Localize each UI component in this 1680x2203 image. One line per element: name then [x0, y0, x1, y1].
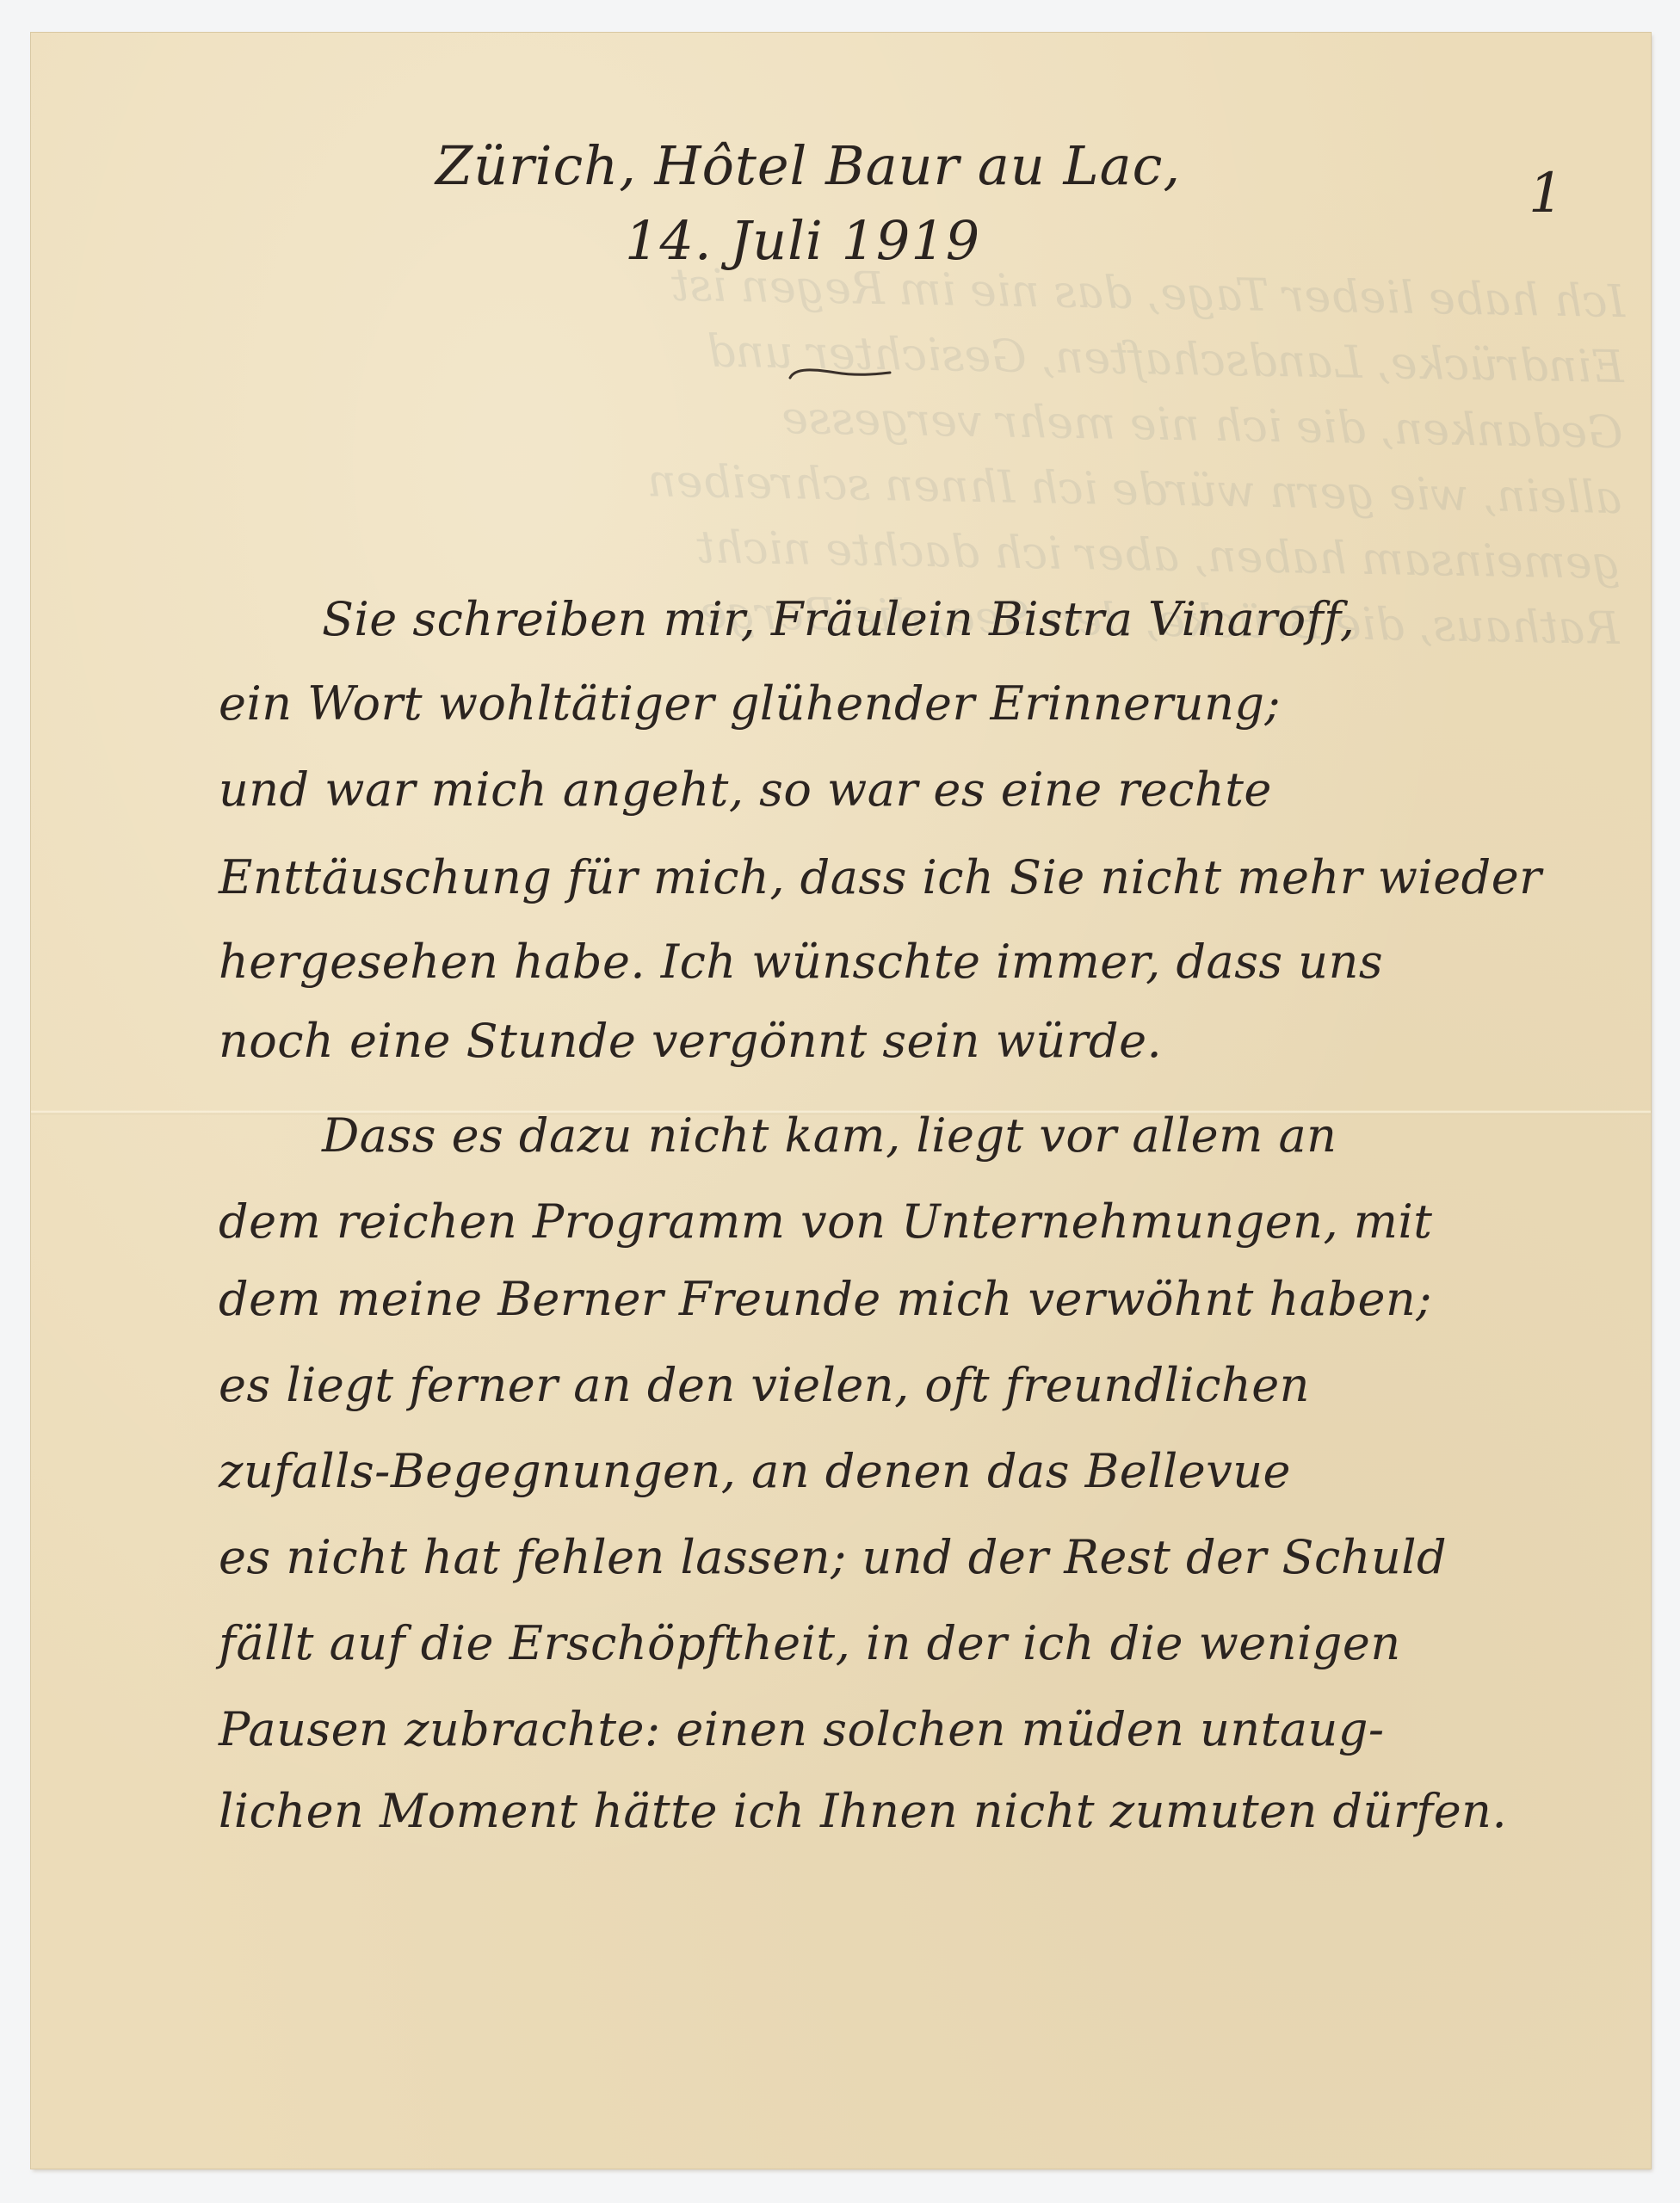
body-line: fällt auf die Erschöpftheit, in der ich … [219, 1616, 1401, 1670]
letter-heading-date: 14. Juli 1919 [625, 209, 980, 272]
body-line: Dass es dazu nicht kam, liegt vor allem … [322, 1108, 1337, 1163]
body-line: dem reichen Programm von Unternehmungen,… [219, 1194, 1432, 1249]
body-line: es nicht hat fehlen lassen; und der Rest… [219, 1530, 1447, 1584]
page-number: 1 [1529, 162, 1564, 225]
letter-heading-place: Zürich, Hôtel Baur au Lac, [435, 134, 1181, 197]
body-line: es liegt ferner an den vielen, oft freun… [219, 1358, 1310, 1412]
letter-page: Ich habe lieber Tage, das nie im Regen i… [31, 33, 1651, 2169]
body-line: hergesehen habe. Ich wünschte immer, das… [219, 935, 1383, 989]
body-line: Pausen zubrachte: einen solchen müden un… [219, 1702, 1385, 1756]
body-line: dem meine Berner Freunde mich verwöhnt h… [219, 1272, 1432, 1326]
body-line: ein Wort wohltätiger glühender Erinnerun… [219, 676, 1281, 731]
flourish-icon [788, 364, 892, 381]
body-line: lichen Moment hätte ich Ihnen nicht zumu… [219, 1784, 1507, 1838]
body-line: und war mich angeht, so war es eine rech… [219, 762, 1272, 817]
body-line: Enttäuschung für mich, dass ich Sie nich… [219, 850, 1542, 904]
body-line: Sie schreiben mir, Fräulein Bistra Vinar… [322, 592, 1355, 646]
body-line: zufalls-Begegnungen, an denen das Bellev… [219, 1444, 1291, 1498]
body-line: noch eine Stunde vergönnt sein würde. [219, 1014, 1162, 1068]
